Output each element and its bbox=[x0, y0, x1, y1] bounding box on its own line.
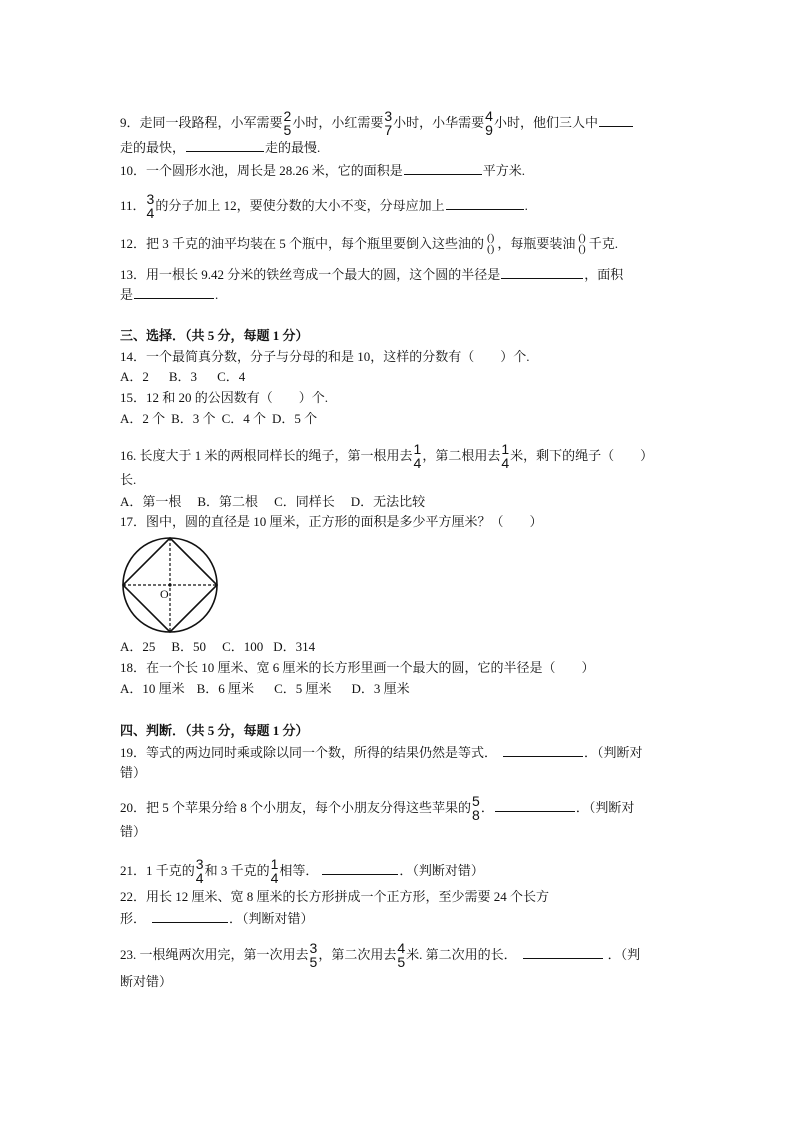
question-16-options: A．第一根B．第二根C．同样长D．无法比较 bbox=[120, 494, 425, 510]
q9-number: 9． bbox=[120, 115, 140, 130]
option-c[interactable]: C．5 厘米 bbox=[274, 681, 331, 696]
q20-text: ． bbox=[481, 800, 494, 815]
q13-text: 13．用一根长 9.42 分米的铁丝弯成一个最大的圆，这个圆的半径是 bbox=[120, 267, 500, 282]
answer-blank[interactable] bbox=[523, 946, 603, 959]
answer-blank[interactable] bbox=[134, 286, 214, 299]
q20-text: ．（判断对 bbox=[576, 800, 635, 815]
question-17-options: A．25B．50C．100D．314 bbox=[120, 639, 315, 655]
answer-blank[interactable] bbox=[495, 799, 575, 812]
q13-text: 是 bbox=[120, 287, 133, 302]
q20-text: 20．把 5 个苹果分给 8 个小朋友，每个小朋友分得这些苹果的 bbox=[120, 800, 471, 815]
section-4-heading: 四、判断．（共 5 分，每题 1 分） bbox=[120, 723, 309, 739]
paren-fraction-blank[interactable]: ()() bbox=[487, 233, 494, 255]
q10-text: 10．一个圆形水池，周长是 28.26 米，它的面积是 bbox=[120, 163, 403, 178]
option-d[interactable]: D．5 个 bbox=[272, 411, 317, 426]
question-19: 19．等式的两边同时乘或除以同一个数，所得的结果仍然是等式．．（判断对 bbox=[120, 744, 643, 760]
option-c[interactable]: C．4 个 bbox=[222, 411, 266, 426]
answer-blank[interactable] bbox=[501, 266, 583, 279]
center-point bbox=[168, 583, 171, 586]
question-15: 15．12 和 20 的公因数有（ ）个. bbox=[120, 390, 328, 406]
question-21: 21．1 千克的34和 3 千克的14相等．．（判断对错） bbox=[120, 858, 484, 874]
question-13-cont: 是. bbox=[120, 286, 218, 302]
q23-text: ．（判 bbox=[608, 947, 641, 962]
q13-text: ，面积 bbox=[584, 267, 623, 282]
question-12: 12．把 3 千克的油平均装在 5 个瓶中，每个瓶里要倒入这些油的()()，每瓶… bbox=[120, 234, 618, 250]
q9-text: 走的最慢. bbox=[265, 140, 320, 155]
fraction: 34 bbox=[196, 857, 204, 885]
q16-text: 米，剩下的绳子（ ） bbox=[510, 448, 653, 463]
question-23-cont: 断对错） bbox=[120, 974, 172, 990]
q23-text: 米. 第二次用的长． bbox=[406, 947, 517, 962]
fraction: 49 bbox=[485, 109, 493, 137]
fraction: 14 bbox=[501, 442, 509, 470]
question-16: 16. 长度大于 1 米的两根同样长的绳子，第一根用去14，第二根用去14米，剩… bbox=[120, 443, 653, 459]
q22-text: 形． bbox=[120, 911, 146, 926]
fraction: 14 bbox=[414, 442, 422, 470]
answer-blank[interactable] bbox=[152, 910, 228, 923]
q11-text: 的分子加上 12，要使分数的大小不变，分母应加上 bbox=[155, 198, 444, 213]
fraction: 58 bbox=[472, 794, 480, 822]
q11-text: . bbox=[525, 198, 528, 213]
answer-blank[interactable] bbox=[186, 139, 264, 152]
q12-text: ，每瓶要装油 bbox=[497, 236, 575, 251]
q16-text: 16. 长度大于 1 米的两根同样长的绳子，第一根用去 bbox=[120, 448, 413, 463]
option-b[interactable]: B．6 厘米 bbox=[197, 681, 254, 696]
option-b[interactable]: B．第二根 bbox=[197, 494, 258, 509]
q21-text: 21．1 千克的 bbox=[120, 863, 195, 878]
answer-blank[interactable] bbox=[599, 114, 633, 127]
fraction: 14 bbox=[271, 857, 279, 885]
q12-text: 12．把 3 千克的油平均装在 5 个瓶中，每个瓶里要倒入这些油的 bbox=[120, 236, 484, 251]
q9-text: 小时，小红需要 bbox=[292, 115, 383, 130]
option-a[interactable]: A．25 bbox=[120, 639, 155, 654]
circle-square-figure: O bbox=[120, 536, 220, 636]
section-3-heading: 三、选择．（共 5 分，每题 1 分） bbox=[120, 328, 309, 344]
q21-text: 相等． bbox=[279, 863, 318, 878]
q21-text: ．（判断对错） bbox=[399, 863, 484, 878]
q13-text: . bbox=[215, 287, 218, 302]
option-d[interactable]: D．3 厘米 bbox=[351, 681, 409, 696]
question-20: 20．把 5 个苹果分给 8 个小朋友，每个小朋友分得这些苹果的58．．（判断对 bbox=[120, 795, 634, 811]
question-20-cont: 错） bbox=[120, 824, 146, 840]
answer-blank[interactable] bbox=[404, 162, 482, 175]
option-d[interactable]: D．314 bbox=[273, 639, 315, 654]
question-11: 11．34的分子加上 12，要使分数的大小不变，分母应加上. bbox=[120, 193, 528, 209]
option-c[interactable]: C．100 bbox=[222, 639, 263, 654]
q23-text: ，第二次用去 bbox=[318, 947, 396, 962]
fraction: 35 bbox=[310, 941, 318, 969]
question-14-options: A．2B．3C．4 bbox=[120, 369, 245, 385]
q19-text: 19．等式的两边同时乘或除以同一个数，所得的结果仍然是等式． bbox=[120, 745, 497, 760]
q9-text: 小时，他们三人中 bbox=[494, 115, 598, 130]
q22-text: ．（判断对错） bbox=[229, 911, 314, 926]
paren-fraction-blank[interactable]: ()() bbox=[578, 233, 585, 255]
question-9-cont: 走的最快，走的最慢. bbox=[120, 139, 320, 155]
option-c[interactable]: C．4 bbox=[217, 369, 245, 384]
answer-blank[interactable] bbox=[322, 862, 398, 875]
question-10: 10．一个圆形水池，周长是 28.26 米，它的面积是平方米. bbox=[120, 162, 525, 178]
q12-text: 千克. bbox=[589, 236, 618, 251]
question-16-cont: 长. bbox=[120, 472, 136, 488]
question-18: 18．在一个长 10 厘米、宽 6 厘米的长方形里画一个最大的圆，它的半径是（ … bbox=[120, 660, 595, 676]
option-d[interactable]: D．无法比较 bbox=[351, 494, 425, 509]
q9-text: 走同一段路程，小军需要 bbox=[140, 115, 283, 130]
center-label: O bbox=[160, 587, 169, 601]
option-a[interactable]: A．10 厘米 bbox=[120, 681, 185, 696]
q11-number: 11． bbox=[120, 198, 146, 213]
q9-text: 小时，小华需要 bbox=[393, 115, 484, 130]
fraction: 45 bbox=[397, 941, 405, 969]
option-c[interactable]: C．同样长 bbox=[274, 494, 335, 509]
q9-text: 走的最快， bbox=[120, 140, 185, 155]
q21-text: 和 3 千克的 bbox=[205, 863, 270, 878]
question-13: 13．用一根长 9.42 分米的铁丝弯成一个最大的圆，这个圆的半径是，面积 bbox=[120, 266, 623, 282]
question-17: 17．图中，圆的直径是 10 厘米，正方形的面积是多少平方厘米？（ ） bbox=[120, 514, 543, 530]
question-22: 22．用长 12 厘米、宽 8 厘米的长方形拼成一个正方形，至少需要 24 个长… bbox=[120, 889, 549, 905]
question-15-options: A．2 个B．3 个C．4 个D．5 个 bbox=[120, 411, 317, 427]
question-14: 14．一个最简真分数，分子与分母的和是 10，这样的分数有（ ）个. bbox=[120, 349, 530, 365]
q10-text: 平方米. bbox=[483, 163, 525, 178]
question-18-options: A．10 厘米B．6 厘米C．5 厘米D．3 厘米 bbox=[120, 681, 410, 697]
option-b[interactable]: B．3 bbox=[169, 369, 197, 384]
question-9: 9．走同一段路程，小军需要25小时，小红需要37小时，小华需要49小时，他们三人… bbox=[120, 110, 634, 126]
fraction: 34 bbox=[147, 192, 155, 220]
option-a[interactable]: A．2 个 bbox=[120, 411, 165, 426]
question-19-cont: 错） bbox=[120, 765, 146, 781]
option-a[interactable]: A．第一根 bbox=[120, 494, 181, 509]
fraction: 37 bbox=[384, 109, 392, 137]
q23-text: 23. 一根绳两次用完，第一次用去 bbox=[120, 947, 309, 962]
option-a[interactable]: A．2 bbox=[120, 369, 149, 384]
question-22-cont: 形．．（判断对错） bbox=[120, 910, 314, 926]
answer-blank[interactable] bbox=[446, 197, 524, 210]
answer-blank[interactable] bbox=[503, 744, 583, 757]
option-b[interactable]: B．3 个 bbox=[171, 411, 215, 426]
option-b[interactable]: B．50 bbox=[171, 639, 206, 654]
q19-text: ．（判断对 bbox=[584, 745, 643, 760]
fraction: 25 bbox=[284, 109, 292, 137]
q16-text: ，第二根用去 bbox=[422, 448, 500, 463]
question-23: 23. 一根绳两次用完，第一次用去35，第二次用去45米. 第二次用的长．．（判 bbox=[120, 942, 640, 958]
